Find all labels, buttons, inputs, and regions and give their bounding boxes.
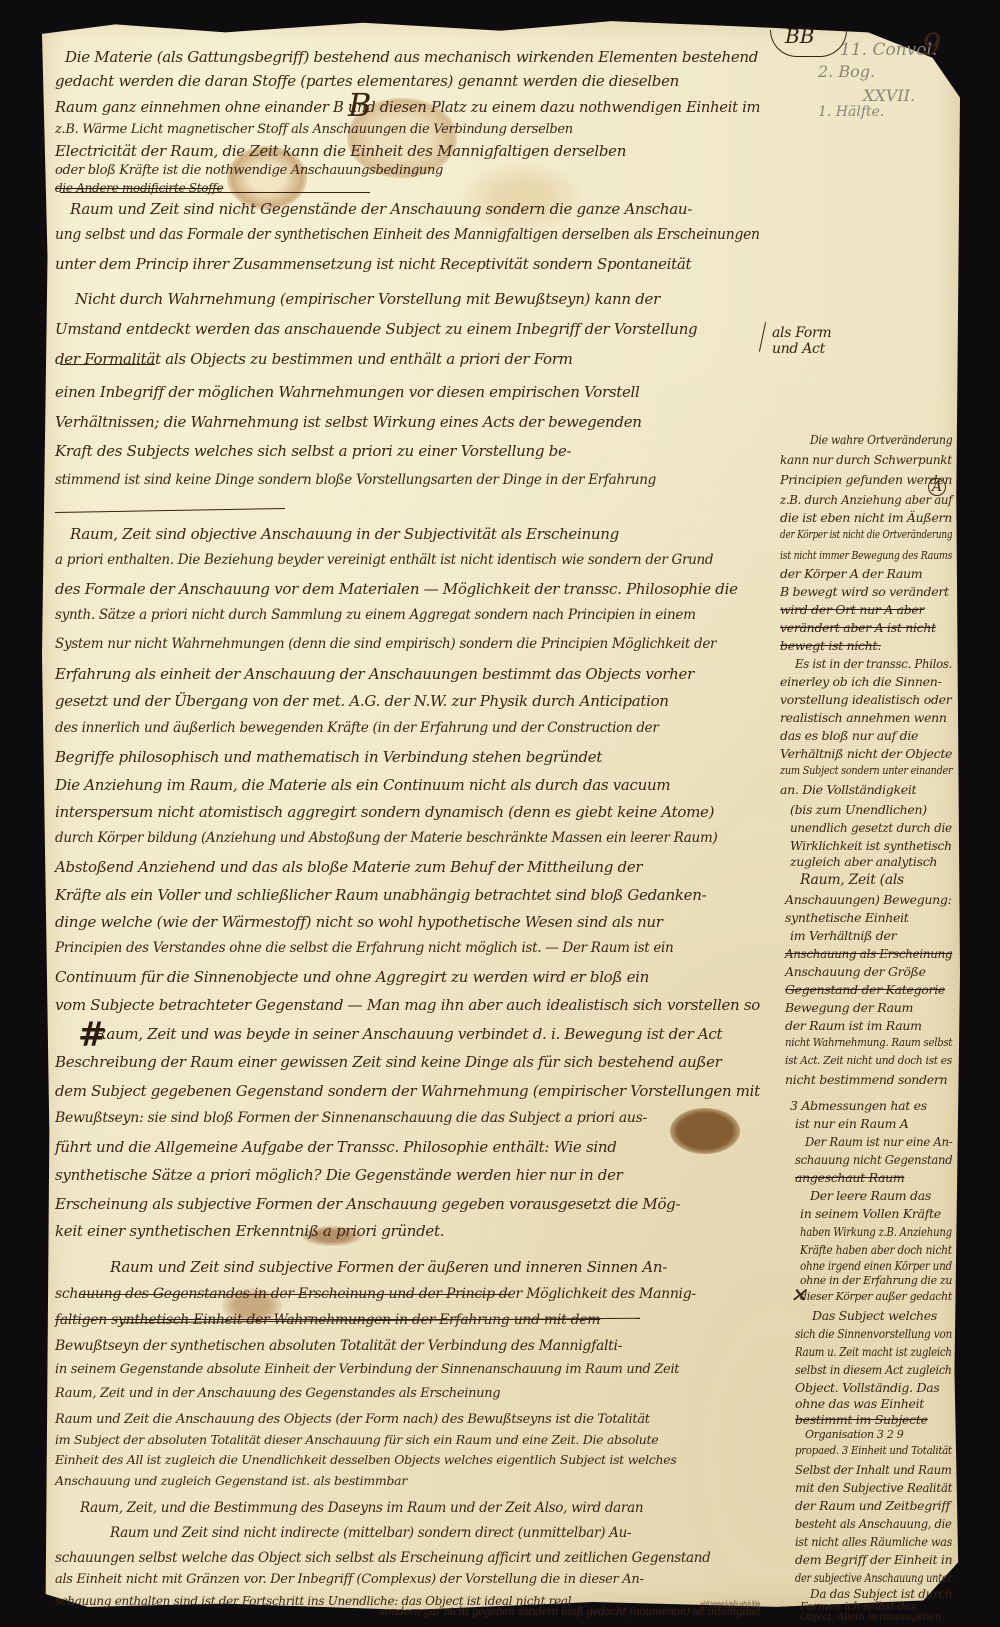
text-line: durch Körper bildung (Anziehung und Abst… [55,830,717,846]
text-line: Raum, Zeit und in der Anschauung des Geg… [55,1386,500,1401]
margin-line: der subjective Anschauung unter [795,1570,952,1585]
text-line: Electricität der Raum, die Zeit kann die… [55,142,626,160]
margin-line: besteht als Anschauung, die [795,1516,952,1531]
stain-3 [670,1108,740,1154]
text-line: Beschreibung der Raum einer gewissen Zei… [55,1053,722,1071]
text-line: schauungen selbst welche das Object sich… [55,1550,711,1566]
margin-line: kann nur durch Schwerpunkt [780,452,952,467]
margin-line: Es ist in der transsc. Philos. [795,656,952,671]
margin-line: schauung nicht Gegenstand [795,1152,952,1167]
margin-fragment: als Form und Act [772,325,852,357]
hash-mark: # [78,1015,107,1055]
text-line: gesetzt und der Übergang von der met. A.… [55,692,669,710]
margin-line: 3 Abmessungen hat es [790,1098,927,1113]
margin-line: B bewegt wird so verändert [780,584,949,599]
text-line: einen Inbegriff der möglichen Wahrnehmun… [55,383,640,401]
text-line: führt und die Allgemeine Aufgabe der Tra… [55,1138,617,1156]
text-line: vom Subjecte betrachteter Gegenstand — M… [55,996,760,1014]
text-line: synth. Sätze a priori nicht durch Sammlu… [55,607,696,623]
margin-line: der Körper A der Raum [780,566,922,581]
margin-line: ohne das was Einheit [795,1396,924,1411]
large-letter-b: B [348,86,371,124]
margin-line: Object. Vollständig. Das [795,1380,939,1395]
margin-line: ist Act. Zeit nicht und doch ist es [785,1054,952,1067]
text-line: Raum, Zeit, und die Bestimmung des Dasey… [80,1500,643,1516]
text-line: dem Subject gegebenen Gegenstand sondern… [55,1082,760,1100]
text-line: Erfahrung als einheit der Anschauung der… [55,665,694,683]
margin-line: ist nicht immer Bewegung des Raums [780,548,952,562]
text-line: Bewußtseyn der synthetischen absoluten T… [55,1338,622,1354]
margin-line: angeschaut Raum [795,1170,904,1185]
text-line: Raum, Zeit und was beyde in seiner Ansch… [95,1025,722,1043]
text-line: System nur nicht Wahrnehmungen (denn die… [55,636,716,652]
text-line: synthetische Sätze a priori möglich? Die… [55,1166,623,1184]
margin-line: Anschauungen) Bewegung: [785,892,952,907]
stain-6 [462,163,582,233]
half-label: 1. Hälfte. [818,104,884,120]
text-line: Begriffe philosophisch und mathematisch … [55,748,602,766]
text-line: Kräfte als ein Voller und schließlicher … [55,886,706,904]
margin-line: Bewegung der Raum [785,1000,913,1015]
bb-label: BB [785,24,814,48]
strike-line [60,192,370,193]
margin-line: Der Raum ist nur eine An- [805,1134,952,1149]
text-line: Die Materie (als Gattungsbegriff) besteh… [65,48,745,66]
margin-line: Verhältniß nicht der Objecte [780,746,952,761]
margin-line: Das Subject welches [812,1308,937,1323]
text-line: Principien des Verstandes ohne die selbs… [55,940,673,956]
text-line: Raum ganz einnehmen ohne einander B und … [55,98,760,116]
margin-line: die ist eben nicht im Äußern [780,510,952,525]
strike-line [80,1294,510,1295]
margin-line: dieser Körper außer gedacht [800,1290,952,1303]
text-line: ung selbst und das Formale der synthetis… [55,225,760,243]
margin-line: propaed. 3 Einheit und Totalität [795,1444,952,1457]
margin-line: z.B. durch Anziehung aber auf [780,492,952,507]
margin-line: das es bloß nur auf die [780,728,918,743]
margin-line: Der leere Raum das [810,1188,931,1203]
margin-line: an. Die Vollständigkeit [780,782,916,797]
margin-line: einerley ob ich die Sinnen- [780,674,941,689]
margin-line: selbst in diesem Act zugleich [795,1362,952,1377]
margin-line: Kräfte haben aber doch nicht [800,1242,952,1257]
text-line: Kraft des Subjects welches sich selbst a… [55,442,571,460]
margin-line: zum Subject sondern unter einander [780,764,952,777]
margin-line: bestimmt im Subjecte [795,1412,928,1427]
text-line: Raum, Zeit sind objective Anschauung in … [70,525,619,543]
margin-line: ist nicht alles Räumliche was [795,1534,952,1549]
margin-line: wird der Ort nur A aber [780,602,924,617]
text-line: keit einer synthetischen Erkenntniß a pr… [55,1222,444,1240]
margin-line: Principien gefunden werden [780,472,952,487]
margin-line: Die wahre Ortveränderung [810,432,952,447]
text-line: Continuum für die Sinnenobjecte und ohne… [55,968,649,986]
margin-line: (bis zum Unendlichen) [790,802,927,817]
text-line: interspersum nicht atomistisch aggregirt… [55,803,714,821]
text-line: Raum und Zeit die Anschauung des Objects… [55,1412,650,1427]
text-line: Nicht durch Wahrnehmung (empirischer Vor… [75,290,660,308]
margin-line: verändert aber A ist nicht [780,620,936,635]
margin-line: Wirklichkeit ist synthetisch [790,838,952,853]
margin-line: bewegt ist nicht. [780,638,881,653]
strike-line [60,364,155,365]
text-line: des innerlich und äußerlich bewegenden K… [55,720,659,736]
margin-line: im Verhältniß der [790,928,896,943]
margin-line: Raum u. Zeit macht ist zugleich [795,1344,952,1359]
sheet-label: 2. Bog. [818,62,875,81]
text-line: im Subject der absoluten Totalität diese… [55,1432,658,1447]
text-line: als Einheit nicht mit Gränzen vor. Der I… [55,1572,644,1587]
text-line: unter dem Princip ihrer Zusammensetzung … [55,255,691,273]
text-line: a priori enthalten. Die Beziehung beyder… [55,552,713,568]
margin-line: dem Begriff der Einheit in [795,1552,952,1567]
margin-line: Anschauung der Größe [785,964,926,979]
margin-line: Gegenstand der Kategorie [785,982,945,997]
margin-line: Raum, Zeit (als [800,872,904,888]
margin-line: ohne in der Erfahrung die zu [800,1274,952,1287]
text-line: Abstoßend Anziehend und das als bloße Ma… [55,858,642,876]
margin-line: der Raum ist im Raum [785,1018,922,1033]
margin-line: Organisation 3 2 9 [805,1428,903,1441]
margin-line: realistisch annehmen wenn [780,710,947,725]
margin-line: zugleich aber analytisch [790,854,937,869]
text-line: Bewußtseyn: sie sind bloß Formen der Sin… [55,1110,647,1126]
margin-line: ohne irgend einen Körper und [800,1258,952,1273]
margin-line: sich die Sinnenvorstellung von [795,1326,952,1341]
text-line: Die Anziehung im Raum, die Materie als e… [55,776,670,794]
text-line: Umstand entdeckt werden das anschauende … [55,320,697,338]
text-line: Raum und Zeit sind nicht indirecte (mitt… [110,1525,631,1541]
margin-line: nicht Wahrnehmung. Raum selbst [785,1036,952,1049]
text-line: gedacht (noumenon) die intelligi. positi… [700,1600,760,1611]
text-line: in seinem Gegenstande absolute Einheit d… [55,1362,679,1377]
margin-line: synthetische Einheit [785,910,909,925]
margin-line: nicht bestimmend sondern [785,1072,947,1087]
folio-number: 9 [922,28,941,63]
margin-line: mit den Subjective Realität [795,1480,952,1495]
text-line: oder bloß Kräfte ist die nothwendige Ans… [55,163,443,178]
margin-line: Da das Subject ist durch [810,1586,952,1601]
text-line: Anschauung und zugleich Gegenstand ist. … [55,1473,407,1488]
margin-line: haben Wirkung z.B. Anziehung [800,1224,952,1239]
margin-line: Object. Allein herauszugehen [800,1612,941,1623]
text-line: Erscheinung als subjective Formen der An… [55,1195,680,1213]
text-line: Einheit des All ist zugleich die Unendli… [55,1452,676,1467]
margin-line: in seinem Vollen Kräfte [800,1206,941,1221]
text-line: des Formale der Anschauung vor dem Mater… [55,580,738,598]
text-line: Raum und Zeit sind subjective Formen der… [110,1258,667,1276]
text-line: stimmend ist sind keine Dinge sondern bl… [55,472,656,488]
margin-line: ist nur ein Raum A [795,1116,909,1131]
roman-label: XXVII. [863,86,915,105]
margin-line: der Körper ist nicht die Ortveränderung [780,528,952,541]
margin-line: unendlich gesetzt durch die [790,820,952,835]
margin-line: Anschauung als Erscheinung [785,946,952,961]
text-line: dinge welche (wie der Wärmestoff) nicht … [55,913,663,931]
margin-line: vorstellung idealistisch oder [780,692,951,707]
margin-line: Selbst der Inhalt und Raum [795,1462,952,1477]
margin-line: der Raum und Zeitbegriff [795,1498,950,1513]
text-line: Verhältnissen; die Wahrnehmung ist selbs… [55,413,642,431]
text-line: Raum und Zeit sind nicht Gegenstände der… [70,200,692,218]
text-line: z.B. Wärme Licht magnetischer Stoff als … [55,122,573,137]
